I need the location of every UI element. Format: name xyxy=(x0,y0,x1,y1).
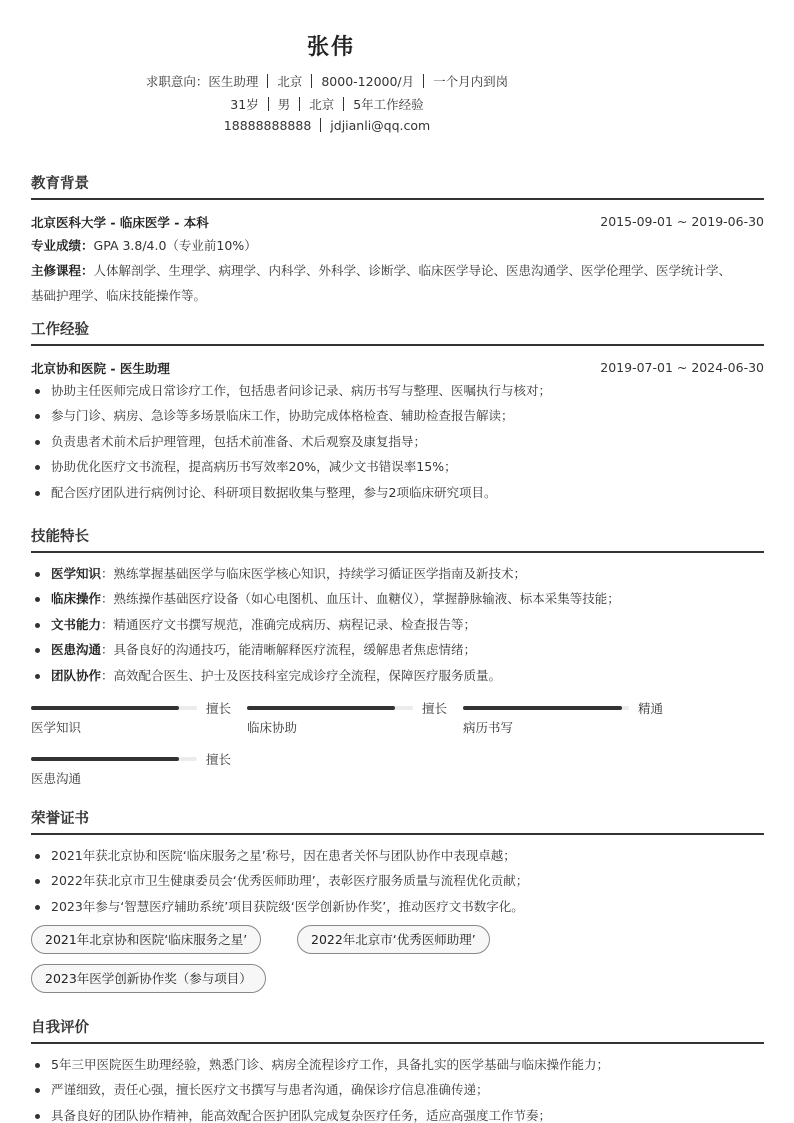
gender: 男 xyxy=(278,97,291,112)
skill-label: 医学知识 xyxy=(51,566,101,581)
phone: 18888888888 xyxy=(224,118,311,133)
self-evaluation-section: 自我评价 5年三甲医院医生助理经验，熟悉门诊、病房全流程诊疗工作，具备扎实的医学… xyxy=(31,1017,764,1123)
education-section: 教育背景 北京医科大学 - 临床医学 - 本科 2015-09-01 ~ 201… xyxy=(31,173,764,308)
divider xyxy=(267,74,268,88)
basic-info-line: 31岁男北京5年工作经验 xyxy=(0,95,654,113)
courses-line-cont: 基础护理学、临床技能操作等。 xyxy=(31,283,764,308)
section-title: 工作经验 xyxy=(31,319,764,341)
section-title: 荣誉证书 xyxy=(31,808,764,830)
divider xyxy=(343,97,344,111)
divider xyxy=(423,74,424,88)
courses-value: 人体解剖学、生理学、病理学、内科学、外科学、诊断学、临床医学导论、医患沟通学、医… xyxy=(94,263,732,278)
experience-years: 5年工作经验 xyxy=(353,97,423,112)
gpa-line: 专业成绩：GPA 3.8/4.0（专业前10%） xyxy=(31,233,764,258)
list-item: 严谨细致，责任心强，擅长医疗文书撰写与患者沟通，确保诊疗信息准确传递； xyxy=(31,1077,764,1103)
gpa-label: 专业成绩： xyxy=(31,238,94,253)
job-intent-line: 求职意向：医生助理北京8000-12000/月一个月内到岗 xyxy=(0,72,654,90)
skill-label: 文书能力 xyxy=(51,617,101,632)
list-item: 2021年获北京协和医院‘临床服务之星’称号，因在患者关怀与团队协作中表现卓越； xyxy=(31,843,764,869)
divider xyxy=(311,74,312,88)
job-intent-salary: 8000-12000/月 xyxy=(321,74,414,89)
list-item: 医学知识：熟练掌握基础医学与临床医学核心知识，持续学习循证医学指南及新技术； xyxy=(31,561,764,587)
education-date: 2015-09-01 ~ 2019-06-30 xyxy=(600,214,764,229)
work-duties-list: 协助主任医师完成日常诊疗工作，包括患者问诊记录、病历书写与整理、医嘱执行与核对；… xyxy=(31,378,764,506)
skill-fill xyxy=(463,706,622,710)
email: jdjianli@qq.com xyxy=(330,118,430,133)
candidate-name: 张伟 xyxy=(0,30,662,61)
skill-fill xyxy=(31,706,179,710)
list-item: 配合医疗团队进行病例讨论、科研项目数据收集与整理，参与2项临床研究项目。 xyxy=(31,480,764,506)
contact-line: 18888888888jdjianli@qq.com xyxy=(0,118,654,133)
section-title: 技能特长 xyxy=(31,526,764,548)
skill-label: 医患沟通 xyxy=(51,642,101,657)
work-header: 北京协和医院 - 医生助理 2019-07-01 ~ 2024-06-30 xyxy=(31,358,764,378)
skill-label: 临床操作 xyxy=(51,591,101,606)
list-item: 文书能力：精通医疗文书撰写规范，准确完成病历、病程记录、检查报告等； xyxy=(31,612,764,638)
skill-fill xyxy=(31,757,179,761)
skill-bar: 擅长 医患沟通 xyxy=(31,751,231,787)
self-evaluation-list: 5年三甲医院医生助理经验，熟悉门诊、病房全流程诊疗工作，具备扎实的医学基础与临床… xyxy=(31,1052,764,1123)
honor-tag: 2021年北京协和医院‘临床服务之星’ xyxy=(31,925,261,954)
skill-level: 擅长 xyxy=(206,750,231,768)
skill-desc: ：高效配合医生、护士及医技科室完成诊疗全流程，保障医疗服务质量。 xyxy=(101,668,501,683)
skill-track xyxy=(31,706,197,710)
skill-track xyxy=(247,706,413,710)
section-divider xyxy=(31,551,764,553)
skills-section: 技能特长 医学知识：熟练掌握基础医学与临床医学核心知识，持续学习循证医学指南及新… xyxy=(31,526,764,688)
list-item: 参与门诊、病房、急诊等多场景临床工作，协助完成体格检查、辅助检查报告解读； xyxy=(31,403,764,429)
skill-bar: 精通 病历书写 xyxy=(463,700,663,736)
skill-bar: 擅长 医学知识 xyxy=(31,700,231,736)
honor-tag: 2023年医学创新协作奖（参与项目） xyxy=(31,964,266,993)
section-title: 教育背景 xyxy=(31,173,764,195)
employer-role: 北京协和医院 - 医生助理 xyxy=(31,359,170,377)
skill-desc: ：熟练掌握基础医学与临床医学核心知识，持续学习循证医学指南及新技术； xyxy=(101,566,526,581)
job-intent-availability: 一个月内到岗 xyxy=(433,74,508,89)
divider xyxy=(268,97,269,111)
skill-fill xyxy=(247,706,395,710)
list-item: 临床操作：熟练操作基础医疗设备（如心电图机、血压计、血糖仪），掌握静脉输液、标本… xyxy=(31,586,764,612)
job-intent-position: 求职意向：医生助理 xyxy=(146,74,259,89)
skill-level: 精通 xyxy=(638,699,663,717)
honors-section: 荣誉证书 2021年获北京协和医院‘临床服务之星’称号，因在患者关怀与团队协作中… xyxy=(31,808,764,919)
skill-bar: 擅长 临床协助 xyxy=(247,700,447,736)
courses-label: 主修课程： xyxy=(31,263,94,278)
skill-name: 病历书写 xyxy=(463,718,663,736)
honor-tag: 2022年北京市‘优秀医师助理’ xyxy=(297,925,490,954)
list-item: 5年三甲医院医生助理经验，熟悉门诊、病房全流程诊疗工作，具备扎实的医学基础与临床… xyxy=(31,1052,764,1078)
education-header: 北京医科大学 - 临床医学 - 本科 2015-09-01 ~ 2019-06-… xyxy=(31,212,764,232)
work-section: 工作经验 北京协和医院 - 医生助理 2019-07-01 ~ 2024-06-… xyxy=(31,319,764,505)
list-item: 负责患者术前术后护理管理，包括术前准备、术后观察及康复指导； xyxy=(31,429,764,455)
honors-list: 2021年获北京协和医院‘临床服务之星’称号，因在患者关怀与团队协作中表现卓越；… xyxy=(31,843,764,920)
gpa-value: GPA 3.8/4.0（专业前10%） xyxy=(94,238,257,253)
list-item: 2022年获北京市卫生健康委员会‘优秀医师助理’，表彰医疗服务质量与流程优化贡献… xyxy=(31,868,764,894)
skill-track xyxy=(31,757,197,761)
skill-track xyxy=(463,706,629,710)
resume-page: 张伟 求职意向：医生助理北京8000-12000/月一个月内到岗 31岁男北京5… xyxy=(0,0,794,1123)
age: 31岁 xyxy=(230,97,258,112)
section-divider xyxy=(31,833,764,835)
skills-list: 医学知识：熟练掌握基础医学与临床医学核心知识，持续学习循证医学指南及新技术； 临… xyxy=(31,561,764,689)
list-item: 协助主任医师完成日常诊疗工作，包括患者问诊记录、病历书写与整理、医嘱执行与核对； xyxy=(31,378,764,404)
skill-level: 擅长 xyxy=(206,699,231,717)
divider xyxy=(299,97,300,111)
skill-desc: ：具备良好的沟通技巧，能清晰解释医疗流程，缓解患者焦虑情绪； xyxy=(101,642,476,657)
section-title: 自我评价 xyxy=(31,1017,764,1039)
divider xyxy=(320,118,321,132)
list-item: 具备良好的团队协作精神，能高效配合医护团队完成复杂医疗任务，适应高强度工作节奏； xyxy=(31,1103,764,1123)
job-intent-city: 北京 xyxy=(277,74,302,89)
skill-name: 临床协助 xyxy=(247,718,447,736)
school-major-degree: 北京医科大学 - 临床医学 - 本科 xyxy=(31,213,209,231)
location: 北京 xyxy=(309,97,334,112)
section-divider xyxy=(31,198,764,200)
list-item: 2023年参与‘智慧医疗辅助系统’项目获院级‘医学创新协作奖’，推动医疗文书数字… xyxy=(31,894,764,920)
list-item: 团队协作：高效配合医生、护士及医技科室完成诊疗全流程，保障医疗服务质量。 xyxy=(31,663,764,689)
skill-desc: ：精通医疗文书撰写规范，准确完成病历、病程记录、检查报告等； xyxy=(101,617,476,632)
list-item: 医患沟通：具备良好的沟通技巧，能清晰解释医疗流程，缓解患者焦虑情绪； xyxy=(31,637,764,663)
courses-line: 主修课程：人体解剖学、生理学、病理学、内科学、外科学、诊断学、临床医学导论、医患… xyxy=(31,258,764,283)
skill-desc: ：熟练操作基础医疗设备（如心电图机、血压计、血糖仪），掌握静脉输液、标本采集等技… xyxy=(101,591,620,606)
work-date: 2019-07-01 ~ 2024-06-30 xyxy=(600,360,764,375)
list-item: 协助优化医疗文书流程，提高病历书写效率20%，减少文书错误率15%； xyxy=(31,454,764,480)
skill-level: 擅长 xyxy=(422,699,447,717)
skill-name: 医学知识 xyxy=(31,718,231,736)
section-divider xyxy=(31,1042,764,1044)
skill-name: 医患沟通 xyxy=(31,769,231,787)
section-divider xyxy=(31,344,764,346)
skill-label: 团队协作 xyxy=(51,668,101,683)
